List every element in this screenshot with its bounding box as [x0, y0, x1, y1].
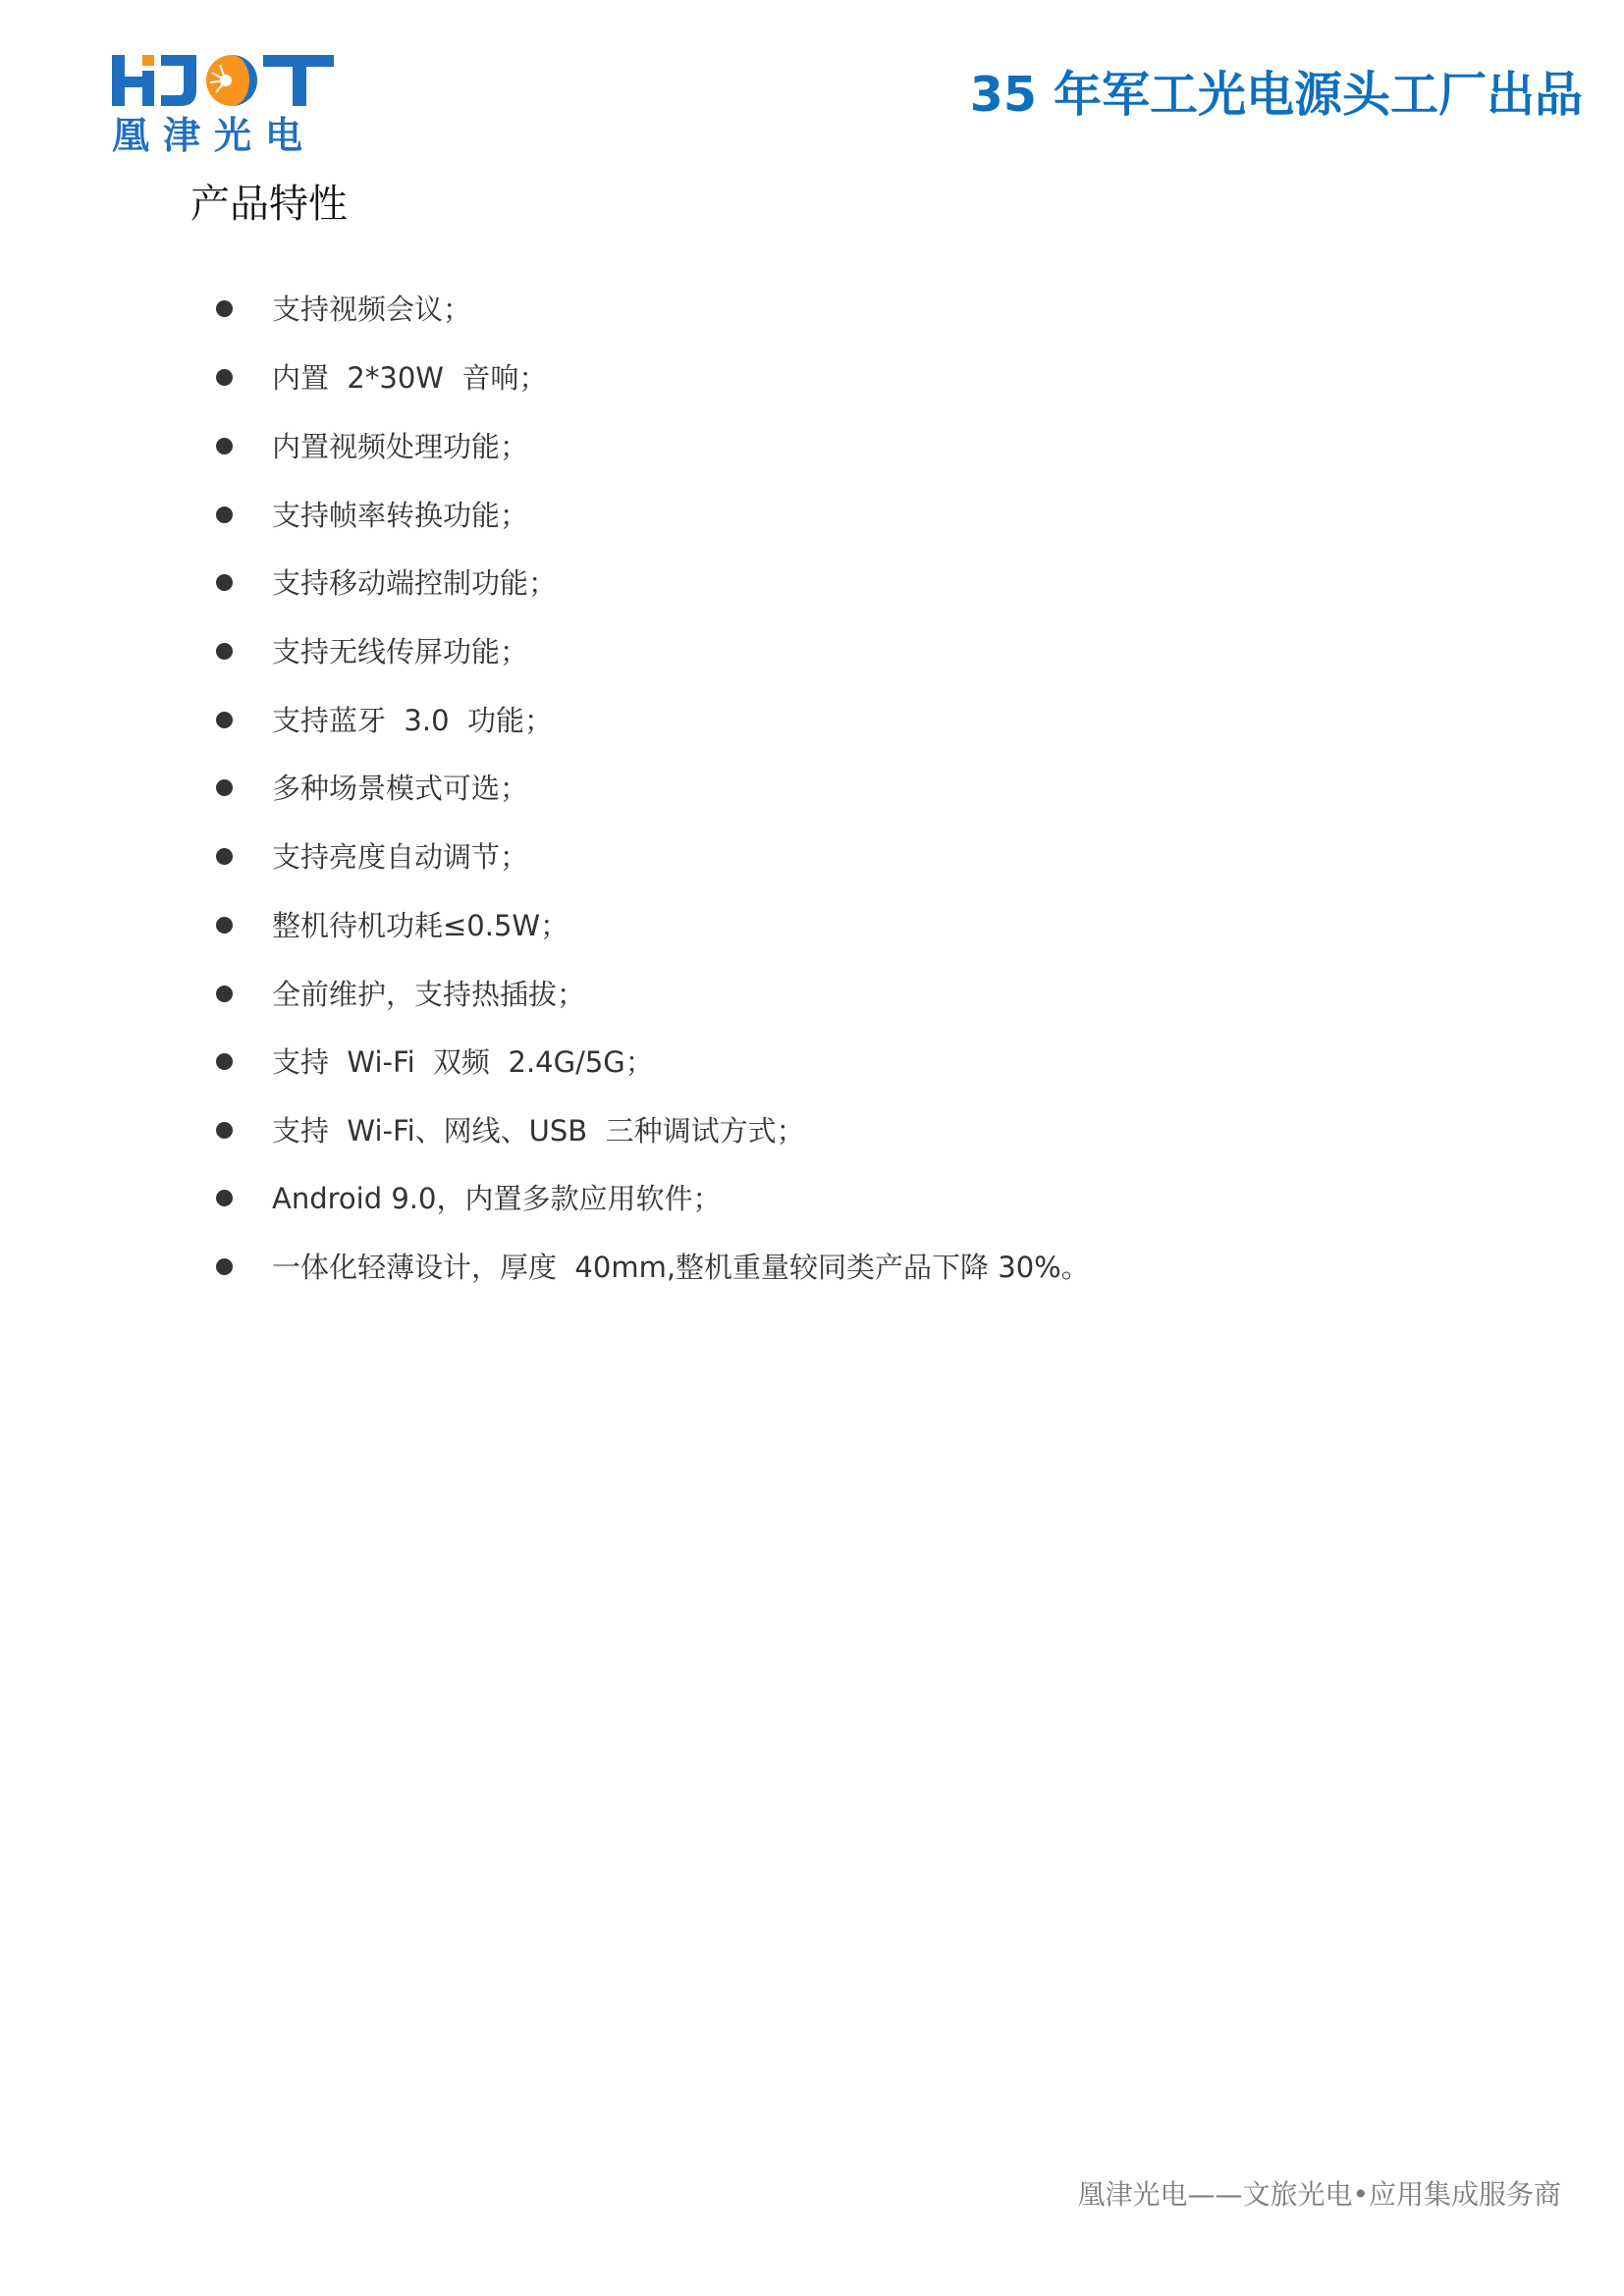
- feature-text: 全前维护，支持热插拔；: [272, 970, 585, 1019]
- bullet-icon: [216, 438, 233, 454]
- feature-text: 支持视频会议；: [272, 285, 471, 334]
- bullet-icon: [216, 643, 233, 660]
- feature-text: 多种场景模式可选；: [272, 764, 528, 813]
- feature-text: 整机待机功耗≤0.5W；: [272, 901, 568, 950]
- feature-text: 支持无线传屏功能；: [272, 627, 528, 676]
- footer-tagline: 凰津光电——文旅光电•应用集成服务商: [1077, 2175, 1561, 2215]
- bullet-icon: [216, 574, 233, 591]
- feature-item: 支持 Wi-Fi、网线、USB 三种调试方式；: [0, 1106, 1276, 1155]
- bullet-icon: [216, 1122, 233, 1139]
- feature-item: 支持帧率转换功能；: [0, 491, 1276, 540]
- section-title: 产品特性: [190, 177, 348, 232]
- feature-item: 支持视频会议；: [0, 285, 1276, 334]
- feature-item: 内置 2*30W 音响；: [0, 353, 1276, 402]
- bullet-icon: [216, 369, 233, 386]
- hjot-logo-mark: [110, 51, 336, 108]
- feature-item: 支持亮度自动调节；: [0, 832, 1276, 881]
- feature-item: 整机待机功耗≤0.5W；: [0, 901, 1276, 950]
- feature-item: 多种场景模式可选；: [0, 764, 1276, 813]
- bullet-icon: [216, 712, 233, 728]
- bullet-icon: [216, 779, 233, 796]
- bullet-icon: [216, 1053, 233, 1070]
- bullet-icon: [216, 507, 233, 523]
- bullet-icon: [216, 300, 233, 317]
- feature-text: 一体化轻薄设计，厚度 40mm,整机重量较同类产品下降 30%。: [272, 1243, 1090, 1292]
- header-slogan: 35 年军工光电源头工厂出品: [970, 65, 1583, 126]
- feature-item: 支持蓝牙 3.0 功能；: [0, 696, 1276, 745]
- feature-text: 支持亮度自动调节；: [272, 832, 528, 881]
- feature-text: Android 9.0，内置多款应用软件；: [272, 1174, 721, 1223]
- feature-item: 内置视频处理功能；: [0, 422, 1276, 471]
- feature-text: 支持帧率转换功能；: [272, 491, 528, 540]
- bullet-icon: [216, 1258, 233, 1275]
- logo-chinese-name: 凰津光电: [112, 114, 336, 157]
- feature-item: 支持 Wi-Fi 双频 2.4G/5G；: [0, 1038, 1276, 1087]
- feature-text: 支持 Wi-Fi、网线、USB 三种调试方式；: [272, 1106, 805, 1155]
- bullet-icon: [216, 848, 233, 865]
- bullet-icon: [216, 1190, 233, 1206]
- bullet-icon: [216, 917, 233, 934]
- feature-item: 支持移动端控制功能；: [0, 559, 1276, 608]
- feature-item: Android 9.0，内置多款应用软件；: [0, 1174, 1276, 1223]
- feature-item: 全前维护，支持热插拔；: [0, 970, 1276, 1019]
- company-logo: 凰津光电: [110, 51, 336, 159]
- bullet-icon: [216, 986, 233, 1002]
- feature-text: 支持 Wi-Fi 双频 2.4G/5G；: [272, 1038, 654, 1087]
- feature-text: 支持移动端控制功能；: [272, 559, 557, 608]
- feature-item: 支持无线传屏功能；: [0, 627, 1276, 676]
- feature-text: 内置视频处理功能；: [272, 422, 528, 471]
- feature-item: 一体化轻薄设计，厚度 40mm,整机重量较同类产品下降 30%。: [0, 1243, 1276, 1292]
- feature-text: 支持蓝牙 3.0 功能；: [272, 696, 553, 745]
- feature-text: 内置 2*30W 音响；: [272, 353, 547, 402]
